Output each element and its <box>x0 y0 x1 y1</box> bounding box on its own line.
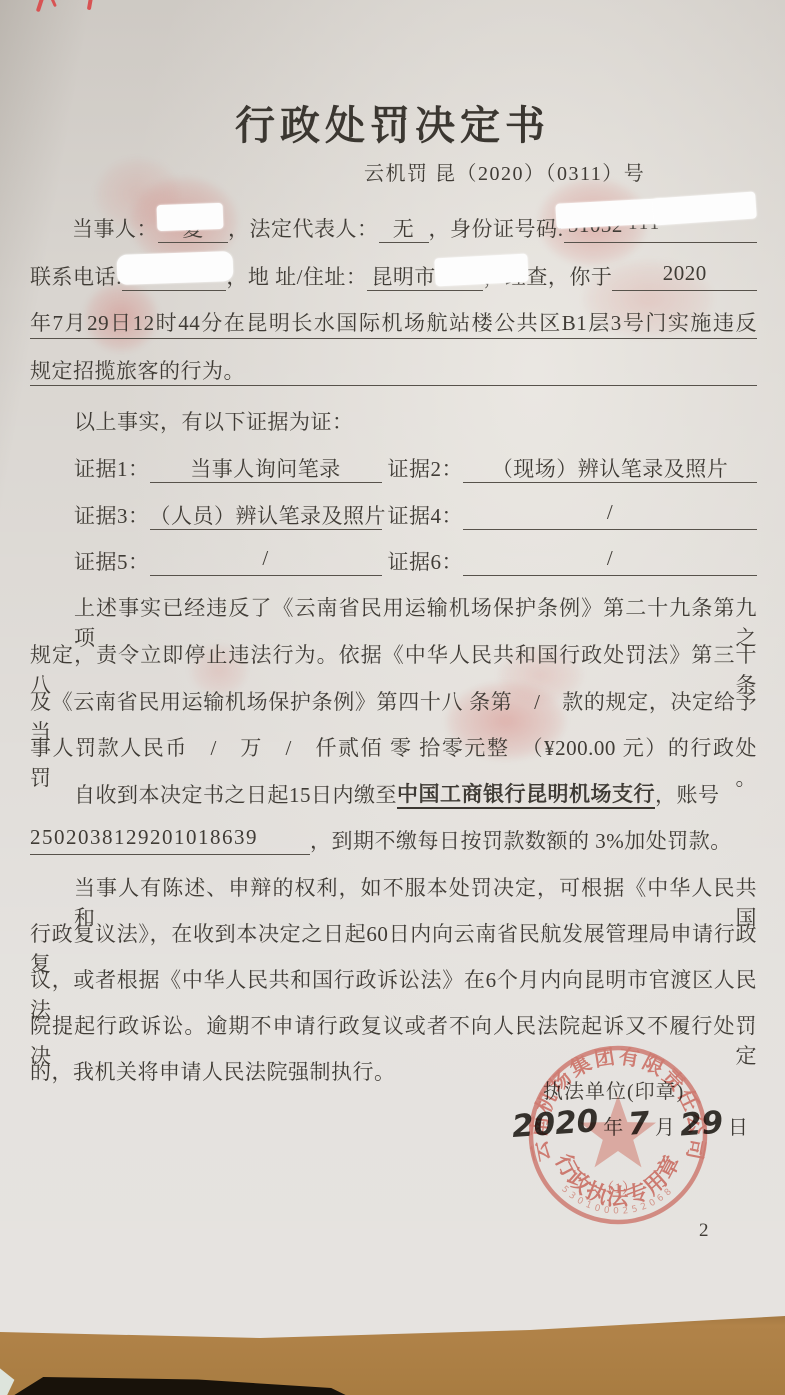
document-photo: 行政处罚决定书 云机罚 昆（2020）（0311）号 当事人：夏，法定代表人：无… <box>0 0 785 1395</box>
payment-mid: ，账号 <box>655 779 720 809</box>
evidence-row-1: 证据1：当事人询问笔录证据2：（现场）辨认笔录及照片 <box>74 452 757 483</box>
evidence-2-value: （现场）辨认笔录及照片 <box>463 453 757 483</box>
evidence-4-label: 证据4： <box>388 500 464 530</box>
rights-line-1: 当事人有陈述、申辩的权利，如不服本处罚决定，可根据《中华人民共和国 <box>30 872 757 903</box>
decision-line-3: 及《云南省民用运输机场保护条例》第四十八 条第 / 款的规定，决定给予当 <box>30 686 757 717</box>
payment-line-1: 自收到本决定书之日起15日内缴至中国工商银行昆明机场支行，账号 <box>74 778 757 809</box>
bank-name: 中国工商银行昆明机场支行 <box>397 778 655 809</box>
redaction-phone <box>117 251 234 285</box>
evidence-4-value: / <box>463 500 757 530</box>
evidence-row-3: 证据5：/证据6：/ <box>74 545 757 576</box>
redaction-name <box>157 203 224 231</box>
evidence-5-label: 证据5： <box>74 546 150 576</box>
rights-line-2: 行政复议法》，在收到本决定之日起60日内向云南省民航发展管理局申请行政复 <box>30 918 757 949</box>
evidence-row-2: 证据3：（人员）辨认笔录及照片证据4：/ <box>74 499 757 530</box>
evidence-2-label: 证据2： <box>388 453 464 483</box>
official-seal: 云南机场集团有限责任公司 行政执法专用章 （1） 5301000252068 <box>523 1040 713 1230</box>
account-blank <box>258 825 310 855</box>
evidence-intro: 以上事实，有以下证据为证： <box>74 406 757 437</box>
payment-pre: 自收到本决定书之日起15日内缴至 <box>74 779 397 809</box>
fact-line-2-text: 规定招揽旅客的行为。 <box>30 355 245 385</box>
rep-field: 无 <box>379 213 429 243</box>
evidence-3-value: （人员）辨认笔录及照片 <box>150 500 382 530</box>
fact-line-1: 年7月29日12时44分在昆明长水国际机场航站楼公共区B1层3号门实施违反 <box>30 307 757 339</box>
evidence-5-value: / <box>150 546 382 576</box>
evidence-3-label: 证据3： <box>74 500 150 530</box>
decision-line-1: 上述事实已经违反了《云南省民用运输机场保护条例》第二十九条第九项之 <box>30 592 757 623</box>
rep-label: ，法定代表人： <box>228 213 379 243</box>
decision-line-2: 规定，责令立即停止违法行为。依据《中华人民共和国行政处罚法》第三十八条 <box>30 639 757 670</box>
rights-line-3: 议，或者根据《中华人民共和国行政诉讼法》在6个月内向昆明市官渡区人民法 <box>30 964 757 995</box>
party-label: 当事人： <box>72 213 158 243</box>
evidence-6-label: 证据6： <box>388 546 464 576</box>
seal-star-icon <box>580 1095 656 1167</box>
payment-post: ，到期不缴每日按罚款数额的 3%加处罚款。 <box>310 825 732 855</box>
document-title: 行政处罚决定书 <box>0 94 785 151</box>
payment-line-2: 2502038129201018639，到期不缴每日按罚款数额的 3%加处罚款。 <box>30 824 757 855</box>
decision-line-4: 事人罚款人民币 / 万 / 仟贰佰 零 拾零元整 （¥200.00 元）的行政处… <box>30 732 757 763</box>
phone-label: 联系电话: <box>30 261 122 291</box>
year-field: 2020 <box>612 261 757 291</box>
rights-line-4: 院提起行政诉讼。逾期不申请行政复议或者不向人民法院起诉又不履行处罚决定 <box>30 1010 757 1041</box>
id-label: ，身份证号码: <box>429 213 564 243</box>
evidence-6-value: / <box>463 546 757 576</box>
document-number: 云机罚 昆（2020）（0311）号 <box>364 157 645 186</box>
evidence-1-value: 当事人询问笔录 <box>150 453 382 483</box>
account-number: 2502038129201018639 <box>30 825 258 855</box>
date-day-suffix: 日 <box>728 1111 748 1140</box>
seal-index-text: （1） <box>599 1180 637 1197</box>
redaction-address <box>434 254 528 287</box>
address-label: ，地 址/住址： <box>226 261 367 291</box>
evidence-1-label: 证据1： <box>74 453 150 483</box>
fact-line-2: 规定招揽旅客的行为。 <box>30 354 757 386</box>
